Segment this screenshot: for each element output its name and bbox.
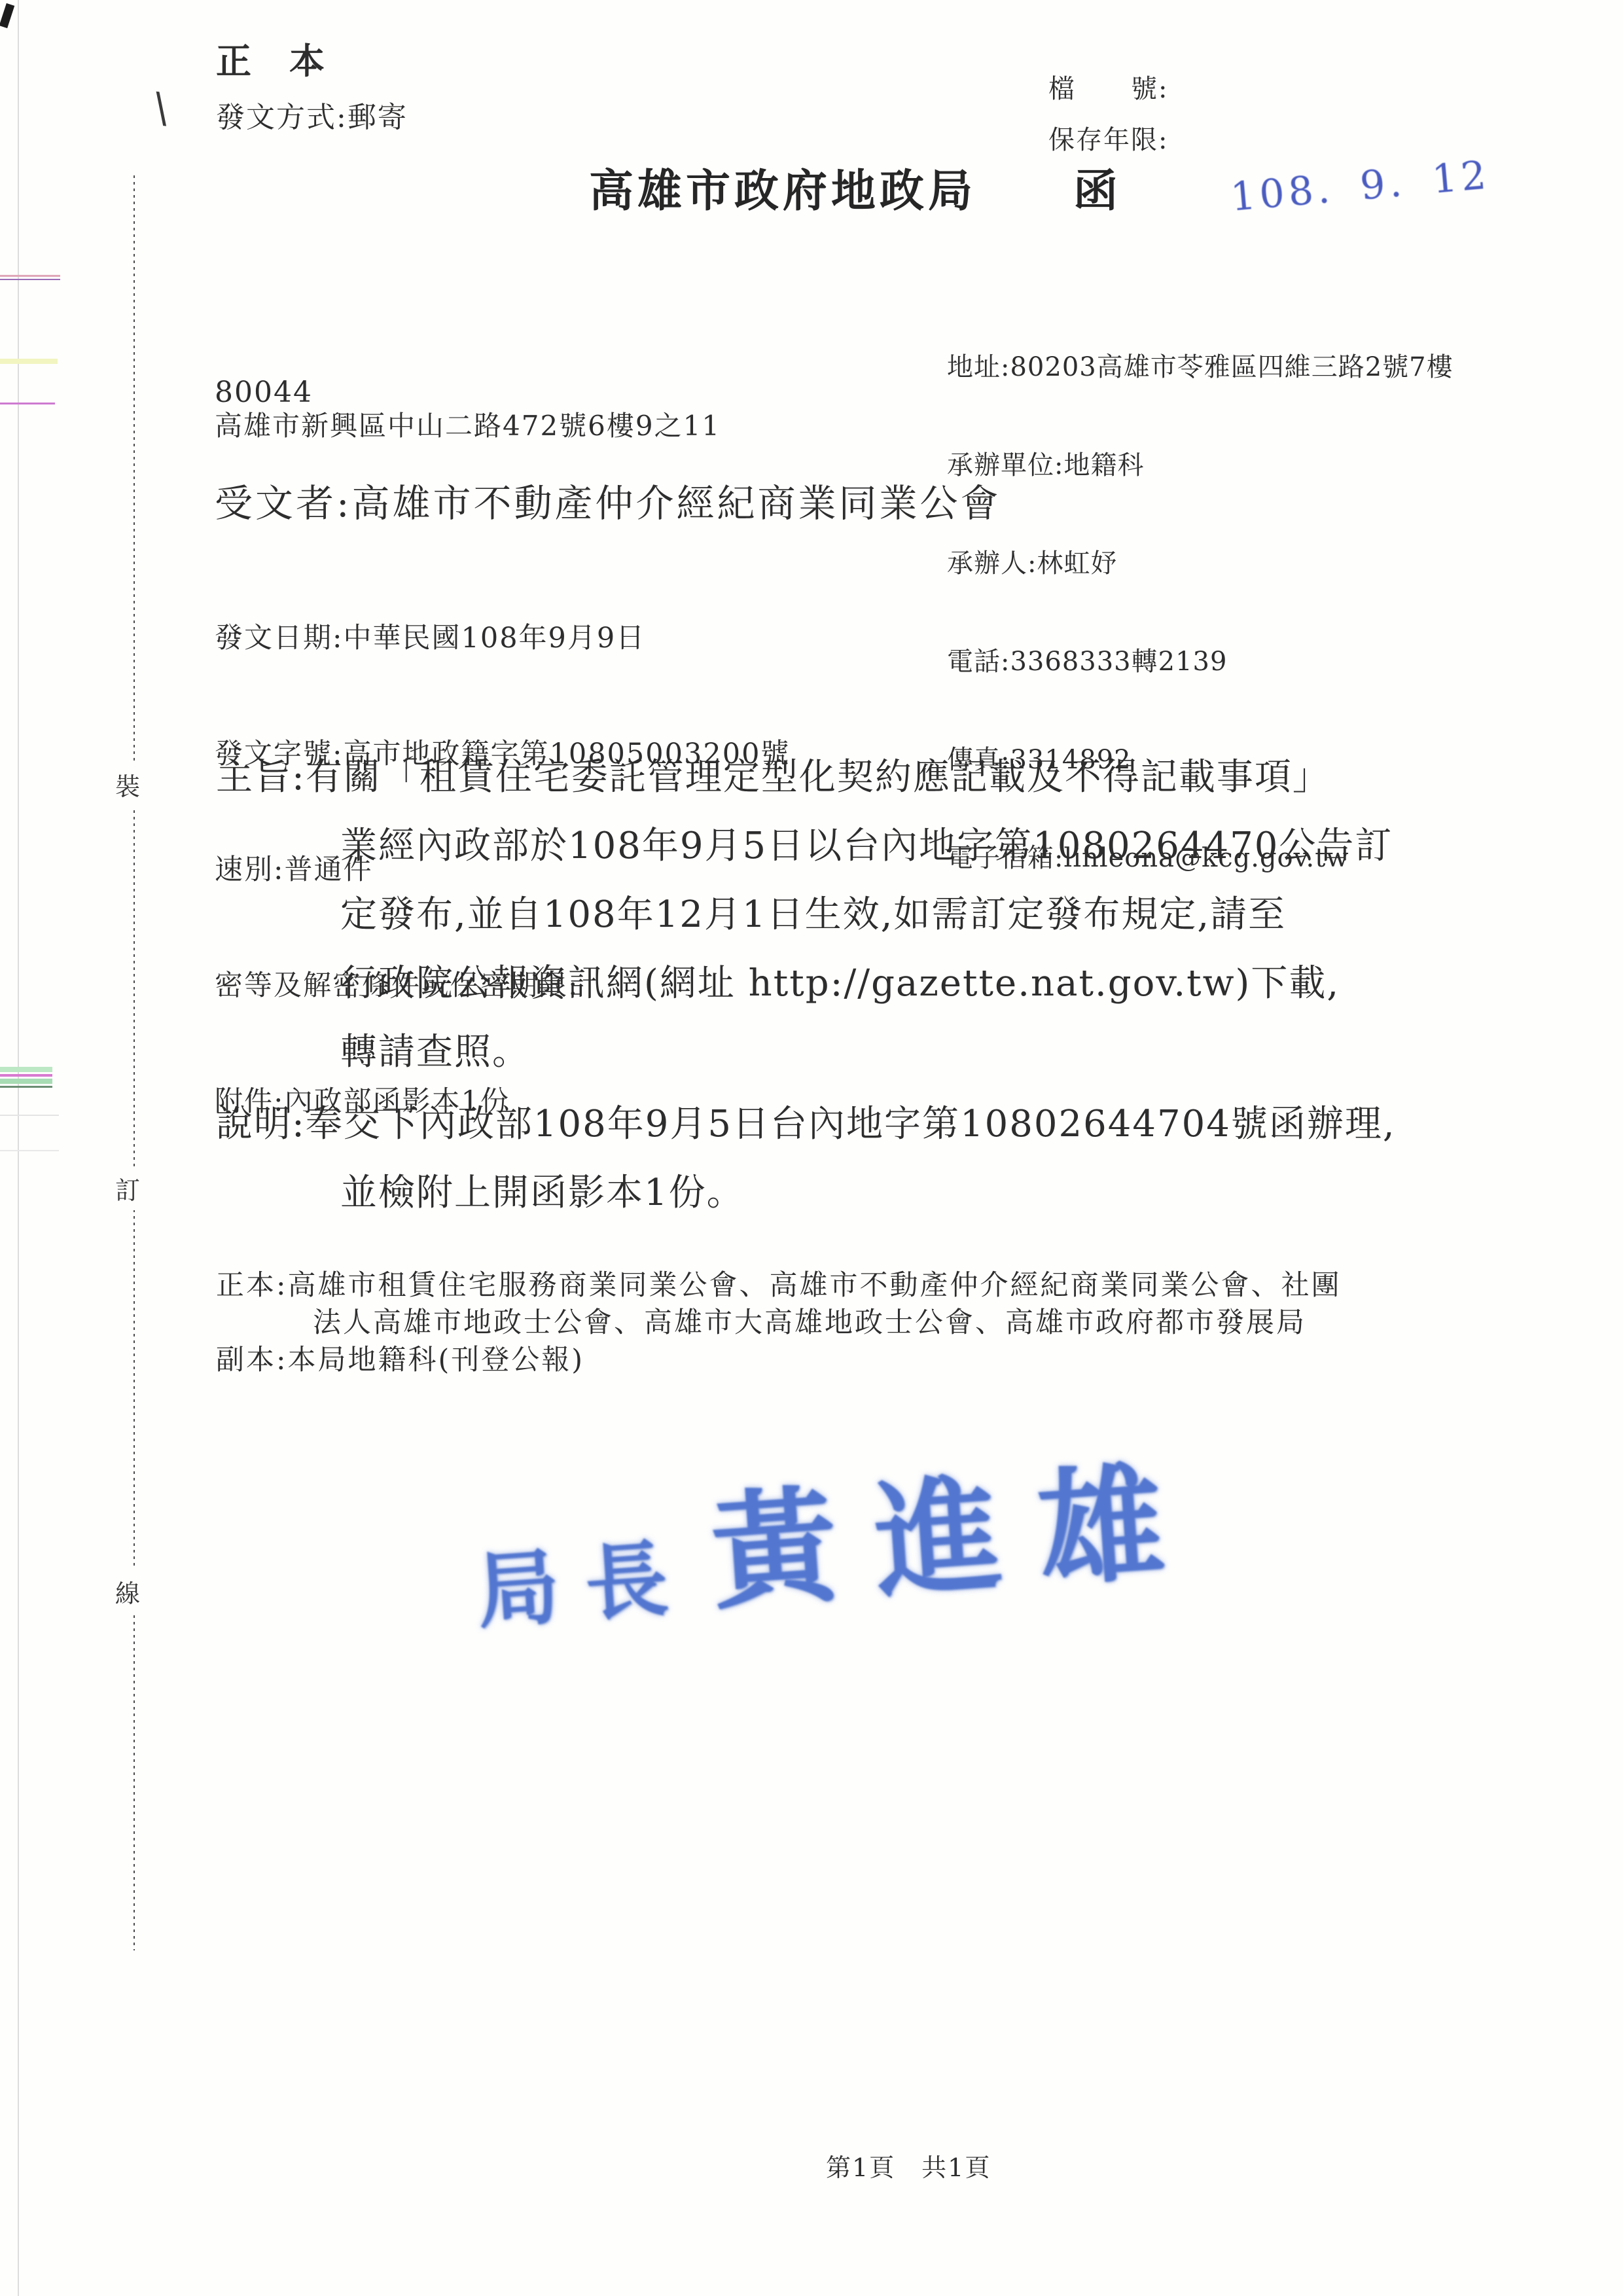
contact-unit: 承辦單位:地籍科 bbox=[947, 449, 1454, 482]
copy-type-label: 正 本 bbox=[216, 43, 326, 79]
distribution-original-line: 正本:高雄市租賃住宅服務商業同業公會、高雄市不動產仲介經紀商業同業公會、社團 bbox=[216, 1272, 1342, 1300]
scan-artifact-streak bbox=[0, 275, 60, 277]
scan-artifact-streak bbox=[0, 359, 58, 364]
director-signature-stamp: 局長 黃進雄 bbox=[469, 1419, 1207, 1650]
signature-name: 黃進雄 bbox=[705, 1419, 1207, 1634]
document-meta-block: 發文日期:中華民國108年9月9日 發文字號:高市地政籍字第1080500320… bbox=[215, 542, 790, 1198]
contact-address: 地址:80203高雄市苓雅區四維三路2號7樓 bbox=[947, 351, 1454, 384]
scan-artifact-vertical-line bbox=[18, 0, 19, 2296]
scan-artifact-streak bbox=[0, 403, 55, 404]
scan-artifact-streak bbox=[0, 279, 60, 280]
scan-artifact-streak bbox=[0, 1067, 52, 1072]
subject-line: 業經內政部於108年9月5日以台內地字第1080264470公告訂 bbox=[340, 828, 1393, 865]
recipient-line: 受文者:高雄市不動產仲介經紀商業同業公會 bbox=[215, 484, 1001, 522]
subject-line: 主旨:有關「租賃住宅委託管理定型化契約應記載及不得記載事項」 bbox=[216, 759, 1330, 796]
file-number-label: 檔 號: bbox=[1048, 76, 1168, 102]
retention-period-label: 保存年限: bbox=[1048, 127, 1168, 153]
binding-mark-ding: 訂 bbox=[115, 1166, 140, 1210]
scan-artifact-streak bbox=[0, 1074, 52, 1077]
meta-issue-date: 發文日期:中華民國108年9月9日 bbox=[215, 619, 790, 658]
handwritten-slash-mark: \ bbox=[152, 87, 170, 129]
scan-artifact-corner-blot bbox=[0, 3, 14, 28]
binding-dotted-line bbox=[134, 175, 135, 1950]
subject-line: 定發布,並自108年12月1日生效,如需訂定發布規定,請至 bbox=[340, 897, 1286, 933]
scan-artifact-streak bbox=[0, 1115, 59, 1116]
scanned-official-letter: 裝 訂 線 正 本 \ 發文方式:郵寄 檔 號: 保存年限: 高雄市政府地政局 … bbox=[0, 0, 1623, 2296]
scan-artifact-streak bbox=[0, 1150, 59, 1151]
description-line: 說明:奉交下內政部108年9月5日台內地字第10802644704號函辦理, bbox=[216, 1106, 1396, 1143]
document-title: 高雄市政府地政局 函 bbox=[589, 169, 1122, 213]
scan-artifact-streak bbox=[0, 1079, 52, 1084]
description-line: 並檢附上開函影本1份。 bbox=[340, 1175, 745, 1211]
recipient-address: 高雄市新興區中山二路472號6樓9之11 bbox=[215, 412, 721, 440]
delivery-method-label: 發文方式:郵寄 bbox=[216, 103, 408, 132]
distribution-original-line: 法人高雄市地政士公會、高雄市大高雄地政士公會、高雄市政府都市發展局 bbox=[313, 1309, 1306, 1337]
subject-line: 行政院公報資訊網(網址 http://gazette.nat.gov.tw)下載… bbox=[340, 965, 1340, 1002]
contact-phone: 電話:3368333轉2139 bbox=[947, 645, 1454, 678]
page-footer: 第1頁 共1頁 bbox=[826, 2155, 991, 2180]
scan-artifact-streak bbox=[0, 1086, 52, 1088]
signature-title: 局長 bbox=[473, 1511, 698, 1645]
subject-line: 轉請查照。 bbox=[340, 1034, 530, 1071]
recipient-zip: 80044 bbox=[215, 378, 313, 407]
binding-mark-zhuang: 裝 bbox=[115, 762, 140, 806]
received-date-stamp: 108. 9. 12 bbox=[1229, 155, 1491, 217]
distribution-copy-line: 副本:本局地籍科(刊登公報) bbox=[216, 1346, 584, 1374]
binding-mark-xian: 線 bbox=[115, 1570, 140, 1613]
contact-person: 承辦人:林虹妤 bbox=[947, 547, 1454, 580]
